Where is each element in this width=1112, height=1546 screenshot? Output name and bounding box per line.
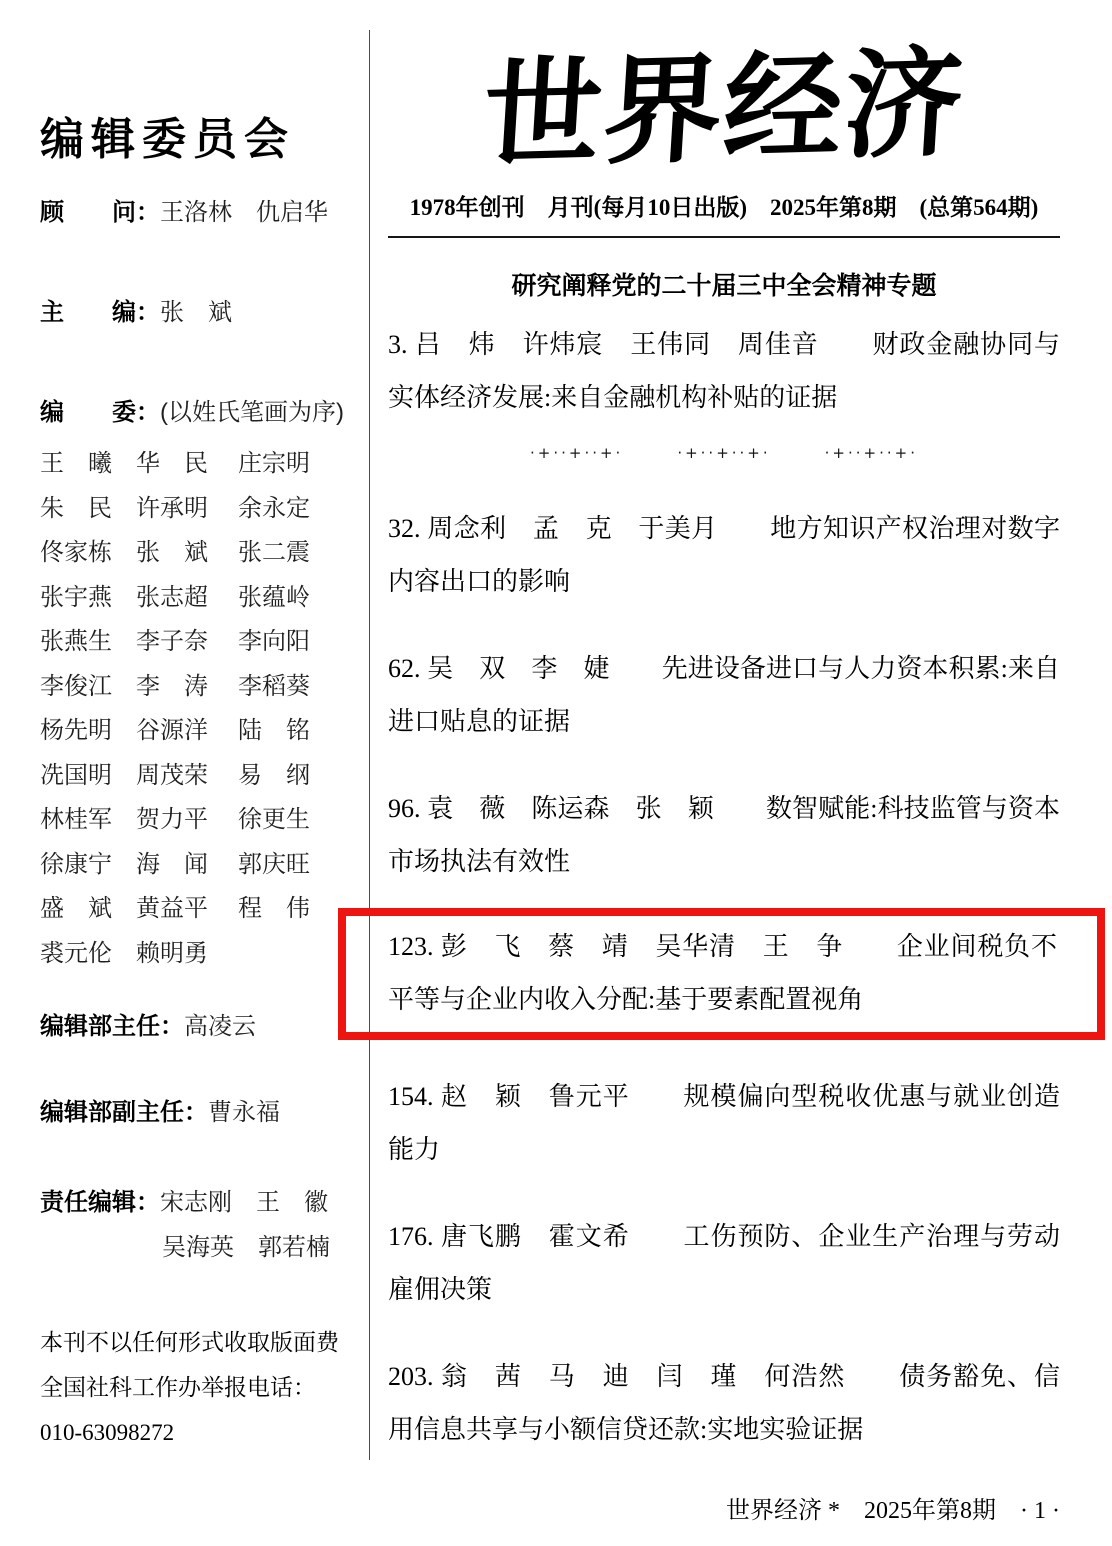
committee-member: 赖明勇: [136, 932, 238, 977]
committee-member: 徐康宁: [40, 843, 136, 888]
committee-member: 王 曦: [40, 442, 136, 487]
committee-member: 李稻葵: [238, 665, 330, 710]
committee-member: 李俊江: [40, 665, 136, 710]
committee-member: 华 民: [136, 442, 238, 487]
contents-column: 世界经济 1978年创刊 月刊(每月10日出版) 2025年第8期 (总第564…: [388, 30, 1060, 1456]
committee-member: 黄益平: [136, 887, 238, 932]
journal-contents-page: 编辑委员会 顾 问： 王洛林 仇启华 主 编： 张 斌 编 委： (以姓氏笔画为…: [0, 0, 1112, 1546]
committee-member: 贺力平: [136, 798, 238, 843]
committee-member: 海 闻: [136, 843, 238, 888]
chief-editor-row: 主 编： 张 斌: [40, 296, 345, 330]
toc-entry-176: 176. 唐飞鹏 霍文希 工伤预防、企业生产治理与劳动雇佣决策: [388, 1210, 1060, 1316]
committee-member: 徐更生: [238, 798, 330, 843]
no-fee-notice: 本刊不以任何形式收取版面费: [40, 1320, 345, 1365]
ornament-separator: ·+··+··+· ·+··+··+· ·+··+··+·: [388, 438, 1060, 468]
committee-member: 张二震: [238, 531, 330, 576]
special-topic-heading: 研究阐释党的二十届三中全会精神专题: [388, 268, 1060, 304]
committee-member: 李 涛: [136, 665, 238, 710]
committee-member: 佟家栋: [40, 531, 136, 576]
committee-row: 编 委： (以姓氏笔画为序): [40, 396, 345, 430]
committee-member: 李子奈: [136, 620, 238, 665]
report-hotline-number: 010-63098272: [40, 1410, 345, 1455]
committee-member: 冼国明: [40, 754, 136, 799]
committee-member: 许承明: [136, 487, 238, 532]
toc-entry-203: 203. 翁 茜 马 迪 闫 瑾 何浩然 债务豁免、信用信息共享与小额信贷还款:…: [388, 1350, 1060, 1456]
committee-member: 程 伟: [238, 887, 330, 932]
page-footer: 世界经济 * 2025年第8期 · 1 ·: [388, 1490, 1060, 1525]
committee-label: 编 委：: [40, 396, 160, 430]
committee-member: 杨先明: [40, 709, 136, 754]
toc-entry-154: 154. 赵 颖 鲁元平 规模偏向型税收优惠与就业创造能力: [388, 1070, 1060, 1176]
committee-member: 陆 铭: [238, 709, 330, 754]
committee-member: 谷源洋: [136, 709, 238, 754]
chief-editor-name: 张 斌: [160, 296, 232, 330]
advisor-row: 顾 问： 王洛林 仇启华: [40, 196, 345, 230]
committee-member: 张 斌: [136, 531, 238, 576]
toc-entry-3: 3. 吕 炜 许炜宸 王伟同 周佳音 财政金融协同与实体经济发展:来自金融机构补…: [388, 318, 1060, 424]
managing-editors-label: 责任编辑：: [40, 1186, 160, 1220]
toc-entry-123-highlighted: 123. 彭 飞 蔡 靖 吴华清 王 争 企业间税负不平等与企业内收入分配:基于…: [388, 920, 1057, 1026]
committee-note: (以姓氏笔画为序): [160, 396, 344, 430]
highlight-box: 123. 彭 飞 蔡 靖 吴华清 王 争 企业间税负不平等与企业内收入分配:基于…: [338, 908, 1105, 1040]
masthead-rule: [388, 236, 1060, 238]
dept-director-row: 编辑部主任： 高凌云: [40, 1010, 345, 1044]
toc-entry-96: 96. 袁 薇 陈运森 张 颖 数智赋能:科技监管与资本市场执法有效性: [388, 782, 1060, 888]
journal-title-calligraphy: 世界经济: [383, 21, 1066, 197]
editorial-board-column: 编辑委员会 顾 问： 王洛林 仇启华 主 编： 张 斌 编 委： (以姓氏笔画为…: [40, 112, 345, 1455]
column-divider: [369, 30, 370, 1460]
committee-member: [238, 932, 330, 977]
committee-member: 余永定: [238, 487, 330, 532]
report-hotline-label: 全国社科工作办举报电话：: [40, 1365, 345, 1410]
committee-member: 庄宗明: [238, 442, 330, 487]
dept-director-name: 高凌云: [184, 1010, 256, 1044]
managing-editors-line1: 宋志刚 王 徽: [160, 1180, 328, 1225]
committee-member: 易 纲: [238, 754, 330, 799]
committee-member: 盛 斌: [40, 887, 136, 932]
committee-member: 朱 民: [40, 487, 136, 532]
committee-member: 李向阳: [238, 620, 330, 665]
committee-member: 周茂荣: [136, 754, 238, 799]
editorial-board-heading: 编辑委员会: [40, 112, 345, 168]
toc-entry-62: 62. 吴 双 李 婕 先进设备进口与人力资本积累:来自进口贴息的证据: [388, 642, 1060, 748]
dept-deputy-director-row: 编辑部副主任： 曹永福: [40, 1096, 345, 1130]
committee-member: 张宇燕: [40, 576, 136, 621]
managing-editors-line2: 吴海英 郭若楠: [162, 1225, 345, 1270]
dept-deputy-director-label: 编辑部副主任：: [40, 1096, 208, 1130]
dept-director-label: 编辑部主任：: [40, 1010, 184, 1044]
issue-info-line: 1978年创刊 月刊(每月10日出版) 2025年第8期 (总第564期): [388, 190, 1060, 226]
managing-editors-row: 责任编辑： 宋志刚 王 徽 吴海英 郭若楠: [40, 1180, 345, 1270]
chief-editor-label: 主 编：: [40, 296, 160, 330]
committee-member: 张蕴岭: [238, 576, 330, 621]
toc-entry-32: 32. 周念利 孟 克 于美月 地方知识产权治理对数字内容出口的影响: [388, 502, 1060, 608]
journal-notices: 本刊不以任何形式收取版面费 全国社科工作办举报电话： 010-63098272: [40, 1320, 345, 1455]
dept-deputy-director-name: 曹永福: [208, 1096, 280, 1130]
committee-member: 张燕生: [40, 620, 136, 665]
advisor-names: 王洛林 仇启华: [160, 196, 328, 230]
advisor-label: 顾 问：: [40, 196, 160, 230]
committee-member: 张志超: [136, 576, 238, 621]
committee-member: 裘元伦: [40, 932, 136, 977]
committee-member: 林桂军: [40, 798, 136, 843]
committee-member: 郭庆旺: [238, 843, 330, 888]
committee-members-grid: 王 曦华 民庄宗明 朱 民许承明余永定 佟家栋张 斌张二震 张宇燕张志超张蕴岭 …: [40, 442, 330, 976]
